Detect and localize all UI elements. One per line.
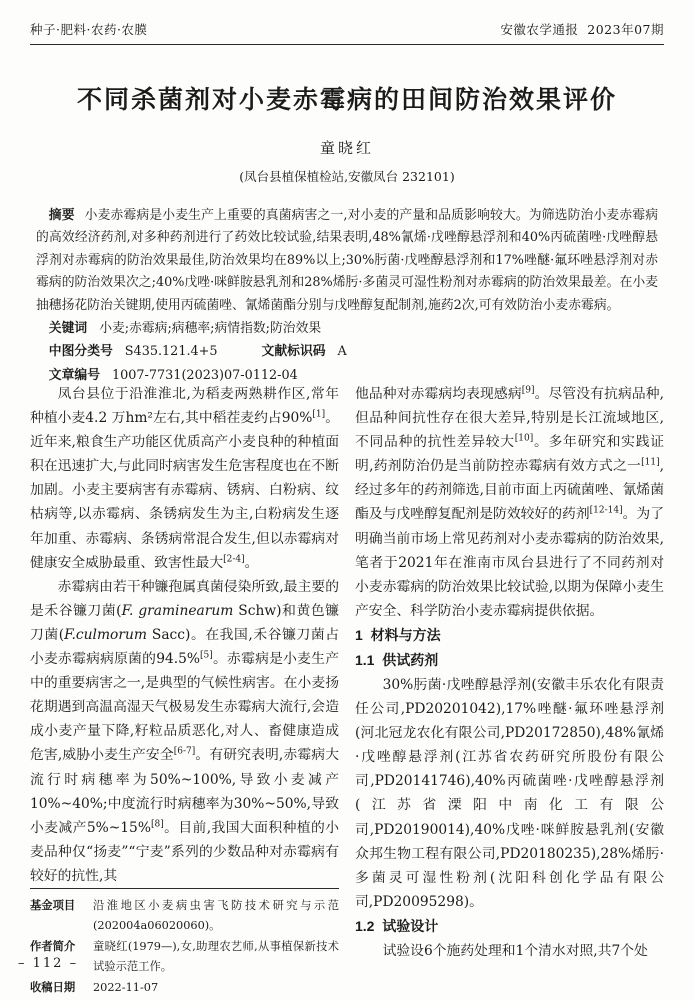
article-title: 不同杀菌剂对小麦赤霉病的田间防治效果评价 [0, 80, 694, 116]
footnote-text: 童晓红(1979—),女,助理农艺师,从事植保新技术试验示范工作。 [93, 937, 339, 978]
clc-value: S435.121.4+5 [125, 344, 218, 359]
abstract: 摘要小麦赤霉病是小麦生产上重要的真菌病害之一,对小麦的产量和品质影响较大。为筛选… [36, 204, 658, 317]
footnote-block: 基金项目 沿淮地区小麦病虫害飞防技术研究与示范(202004a06020060)… [30, 888, 339, 999]
keywords-label: 关键词 [49, 320, 87, 335]
abstract-label: 摘要 [49, 207, 75, 222]
front-matter: 摘要小麦赤霉病是小麦生产上重要的真菌病害之一,对小麦的产量和品质影响较大。为筛选… [36, 204, 658, 387]
article-id-value: 1007-7731(2023)07-0112-04 [112, 368, 298, 383]
article-id-label: 文章编号 [49, 367, 100, 382]
page-header: 种子·肥料·农药·农膜 安徽农学通报 2023年07期 [30, 20, 664, 38]
clc-line: 中图分类号S435.121.4+5文献标识码A [36, 340, 658, 363]
article-affiliation: (凤台县植保植检站,安徽凤台 232101) [0, 167, 694, 185]
section-heading-materials-methods: 1 材料与方法 [355, 623, 664, 648]
journal-page: 种子·肥料·农药·农膜 安徽农学通报 2023年07期 不同杀菌剂对小麦赤霉病的… [0, 0, 694, 1000]
doc-code-value: A [338, 344, 347, 359]
header-journal-issue: 安徽农学通报 2023年07期 [500, 20, 664, 38]
left-column: 凤台县位于沿淮淮北,为稻麦两熟耕作区,常年种植小麦4.2 万hm²左右,其中稻茬… [30, 382, 339, 972]
article-author: 童晓红 [0, 137, 694, 158]
body-columns: 凤台县位于沿淮淮北,为稻麦两熟耕作区,常年种植小麦4.2 万hm²左右,其中稻茬… [30, 382, 664, 972]
body-paragraph: 他品种对赤霉病均表现感病[9]。尽管没有抗病品种,但品种间抗性存在很大差异,特别… [355, 382, 664, 623]
header-rule [30, 44, 664, 45]
footnote-text: 沿淮地区小麦病虫害飞防技术研究与示范(202004a06020060)。 [93, 896, 339, 937]
footnote-fund: 基金项目 沿淮地区小麦病虫害飞防技术研究与示范(202004a06020060)… [30, 896, 339, 937]
body-paragraph: 凤台县位于沿淮淮北,为稻麦两熟耕作区,常年种植小麦4.2 万hm²左右,其中稻茬… [30, 382, 339, 575]
keywords-line: 关键词小麦;赤霉病;病穗率;病情指数;防治效果 [36, 317, 658, 340]
body-paragraph: 30%肟菌·戊唑醇悬浮剂(安徽丰乐农化有限责任公司,PD20201042),17… [355, 673, 664, 914]
body-paragraph: 试验设6个施药处理和1个清水对照,共7个处 [355, 939, 664, 963]
body-paragraph: 赤霉病由若干种镰孢属真菌侵染所致,最主要的是禾谷镰刀菌(F. graminear… [30, 575, 339, 888]
section-heading-experiment-design: 1.2 试验设计 [355, 914, 664, 939]
right-column: 他品种对赤霉病均表现感病[9]。尽管没有抗病品种,但品种间抗性存在很大差异,特别… [355, 382, 664, 972]
footnote-label: 收稿日期 [30, 978, 84, 999]
page-number: – 112 – [18, 956, 78, 971]
keywords-text: 小麦;赤霉病;病穗率;病情指数;防治效果 [99, 321, 321, 336]
footnote-text: 2022-11-07 [93, 978, 339, 999]
section-heading-test-agents: 1.1 供试药剂 [355, 648, 664, 673]
doc-code-label: 文献标识码 [262, 343, 326, 358]
header-column-label: 种子·肥料·农药·农膜 [30, 20, 147, 38]
footnote-label: 基金项目 [30, 896, 84, 937]
clc-label: 中图分类号 [49, 343, 113, 358]
abstract-text: 小麦赤霉病是小麦生产上重要的真菌病害之一,对小麦的产量和品质影响较大。为筛选防治… [36, 208, 658, 313]
footnote-received-date: 收稿日期 2022-11-07 [30, 978, 339, 999]
